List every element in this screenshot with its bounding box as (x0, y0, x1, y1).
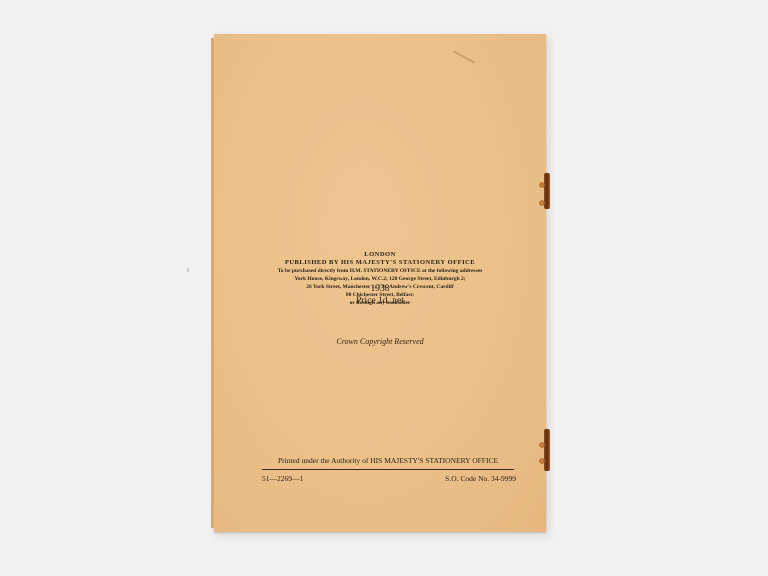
imprint-purchase: To be purchased directly from H.M. STATI… (214, 267, 546, 275)
copyright-notice: Crown Copyright Reserved (214, 337, 546, 346)
rust-stain (539, 442, 545, 448)
imprint-city: LONDON (214, 251, 546, 259)
imprint-publisher: PUBLISHED BY HIS MAJESTY'S STATIONERY OF… (214, 259, 546, 267)
rust-stain (539, 182, 545, 188)
so-code: S.O. Code No. 34-9999 (445, 474, 516, 483)
dust-speck (187, 268, 189, 272)
rusty-staple-icon (544, 429, 550, 471)
publication-year: 1938 (214, 284, 546, 294)
print-code: 51—2269—1 (262, 474, 303, 483)
booklet-back-cover: LONDON PUBLISHED BY HIS MAJESTY'S STATIO… (214, 34, 546, 532)
rust-stain (539, 200, 545, 206)
imprint-address-1: York House, Kingsway, London, W.C.2; 120… (214, 275, 546, 283)
footer-rule (262, 469, 514, 470)
printing-authority: Printed under the Authority of HIS MAJES… (262, 456, 514, 465)
price: Price 1d. net (214, 296, 546, 306)
rust-stain (539, 458, 545, 464)
paper-crease (453, 50, 475, 63)
